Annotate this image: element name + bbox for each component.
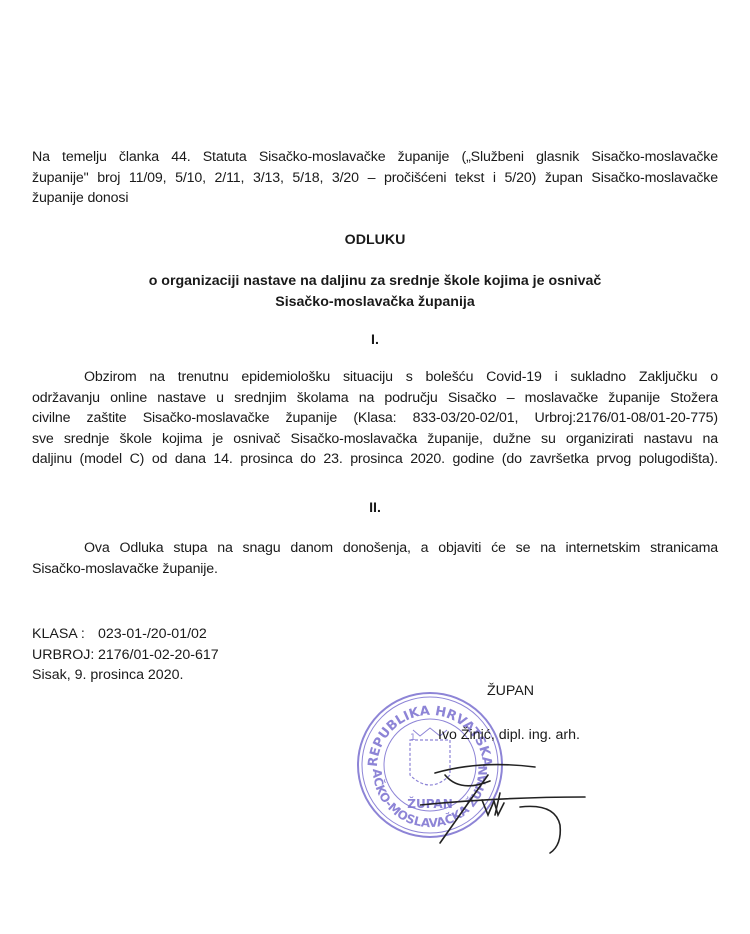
section-line: sve srednje škole kojima je osnivač Sisa… <box>32 429 718 450</box>
section-line: Sisačko-moslavačke županije. <box>32 559 718 580</box>
section-1-paragraph: Obzirom na trenutnu epidemiološku situac… <box>32 367 718 470</box>
preamble-line: Na temelju članka 44. Statuta Sisačko-mo… <box>32 147 718 168</box>
klasa-value: 023-01-/20-01/02 <box>98 626 207 642</box>
preamble-line: županije donosi <box>32 188 718 209</box>
urbroj-label: URBROJ: <box>32 645 94 666</box>
section-line: Obzirom na trenutnu epidemiološku situac… <box>32 367 718 388</box>
subtitle-line: Sisačko-moslavačka županija <box>0 292 750 313</box>
document-page: Na temelju članka 44. Statuta Sisačko-mo… <box>0 0 750 934</box>
handwritten-signature-icon <box>420 745 590 855</box>
klasa-label: KLASA : <box>32 624 94 645</box>
preamble-line: županije" broj 11/09, 5/10, 2/11, 3/13, … <box>32 168 718 189</box>
section-2-paragraph: Ova Odluka stupa na snagu danom donošenj… <box>32 538 718 579</box>
document-subtitle: o organizaciji nastave na daljinu za sre… <box>0 271 750 313</box>
signer-name: Ivo Žinić, dipl. ing. arh. <box>438 727 580 743</box>
stamp-number: 1 <box>410 733 416 743</box>
section-line: daljinu (model C) od dana 14. prosinca d… <box>32 449 718 470</box>
subtitle-line: o organizaciji nastave na daljinu za sre… <box>0 271 750 292</box>
section-line: održavanju online nastave u srednjim ško… <box>32 388 718 409</box>
document-meta: KLASA : 023-01-/20-01/02 URBROJ: 2176/01… <box>32 624 219 686</box>
section-number-1: I. <box>0 332 750 348</box>
section-number-2: II. <box>0 500 750 516</box>
urbroj-value: 2176/01-02-20-617 <box>98 647 219 663</box>
section-line: Ova Odluka stupa na snagu danom donošenj… <box>32 538 718 559</box>
section-line: civilne zaštite Sisačko-moslavačke župan… <box>32 408 718 429</box>
document-heading: ODLUKU <box>0 232 750 248</box>
klasa-row: KLASA : 023-01-/20-01/02 <box>32 624 219 645</box>
preamble-paragraph: Na temelju članka 44. Statuta Sisačko-mo… <box>32 147 718 209</box>
urbroj-row: URBROJ: 2176/01-02-20-617 <box>32 645 219 666</box>
place-date: Sisak, 9. prosinca 2020. <box>32 665 219 686</box>
